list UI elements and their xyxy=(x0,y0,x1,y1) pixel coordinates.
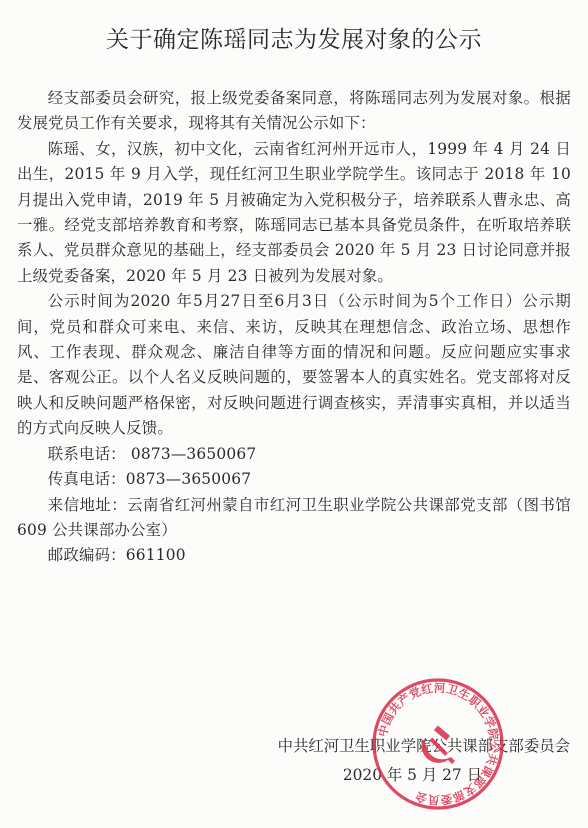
signature-date: 2020 年 5 月 27 日 xyxy=(278,763,482,788)
contact-fax-label: 传真电话： xyxy=(48,470,126,488)
paragraph-candidate-info: 陈瑶、女，汉族，初中文化，云南省红河州开远市人，1999 年 4 月 24 日出… xyxy=(17,137,571,289)
paragraph-intro: 经支部委员会研究，报上级党委备案同意，将陈瑶同志列为发展对象。根据发展党员工作有… xyxy=(17,86,571,137)
contact-fax: 传真电话：0873—3650067 xyxy=(17,467,571,492)
contact-address: 来信地址：云南省红河州蒙自市红河卫生职业学院公共课部党支部（图书馆609 公共课… xyxy=(17,493,571,544)
document-body: 经支部委员会研究，报上级党委备案同意，将陈瑶同志列为发展对象。根据发展党员工作有… xyxy=(17,86,571,569)
contact-phone-label: 联系电话： xyxy=(48,445,126,463)
signature-block: 中共红河卫生职业学院公共课部支部委员会 2020 年 5 月 27 日 xyxy=(278,734,570,788)
signature-organization: 中共红河卫生职业学院公共课部支部委员会 xyxy=(278,734,570,759)
contact-postcode-label: 邮政编码： xyxy=(48,546,126,564)
document-title: 关于确定陈瑶同志为发展对象的公示 xyxy=(0,24,588,56)
contact-postcode-value: 661100 xyxy=(126,546,186,564)
contact-postcode: 邮政编码：661100 xyxy=(17,543,571,568)
contact-phone-value: 0873—3650067 xyxy=(126,445,257,463)
contact-fax-value: 0873—3650067 xyxy=(126,470,252,488)
contact-address-label: 来信地址： xyxy=(48,496,127,514)
paragraph-notice-period: 公示时间为2020 年5月27日至6月3日（公示时间为5个工作日）公示期间，党员… xyxy=(17,289,571,441)
document-page: 关于确定陈瑶同志为发展对象的公示 经支部委员会研究，报上级党委备案同意，将陈瑶同… xyxy=(0,0,588,828)
contact-phone: 联系电话： 0873—3650067 xyxy=(17,442,571,467)
